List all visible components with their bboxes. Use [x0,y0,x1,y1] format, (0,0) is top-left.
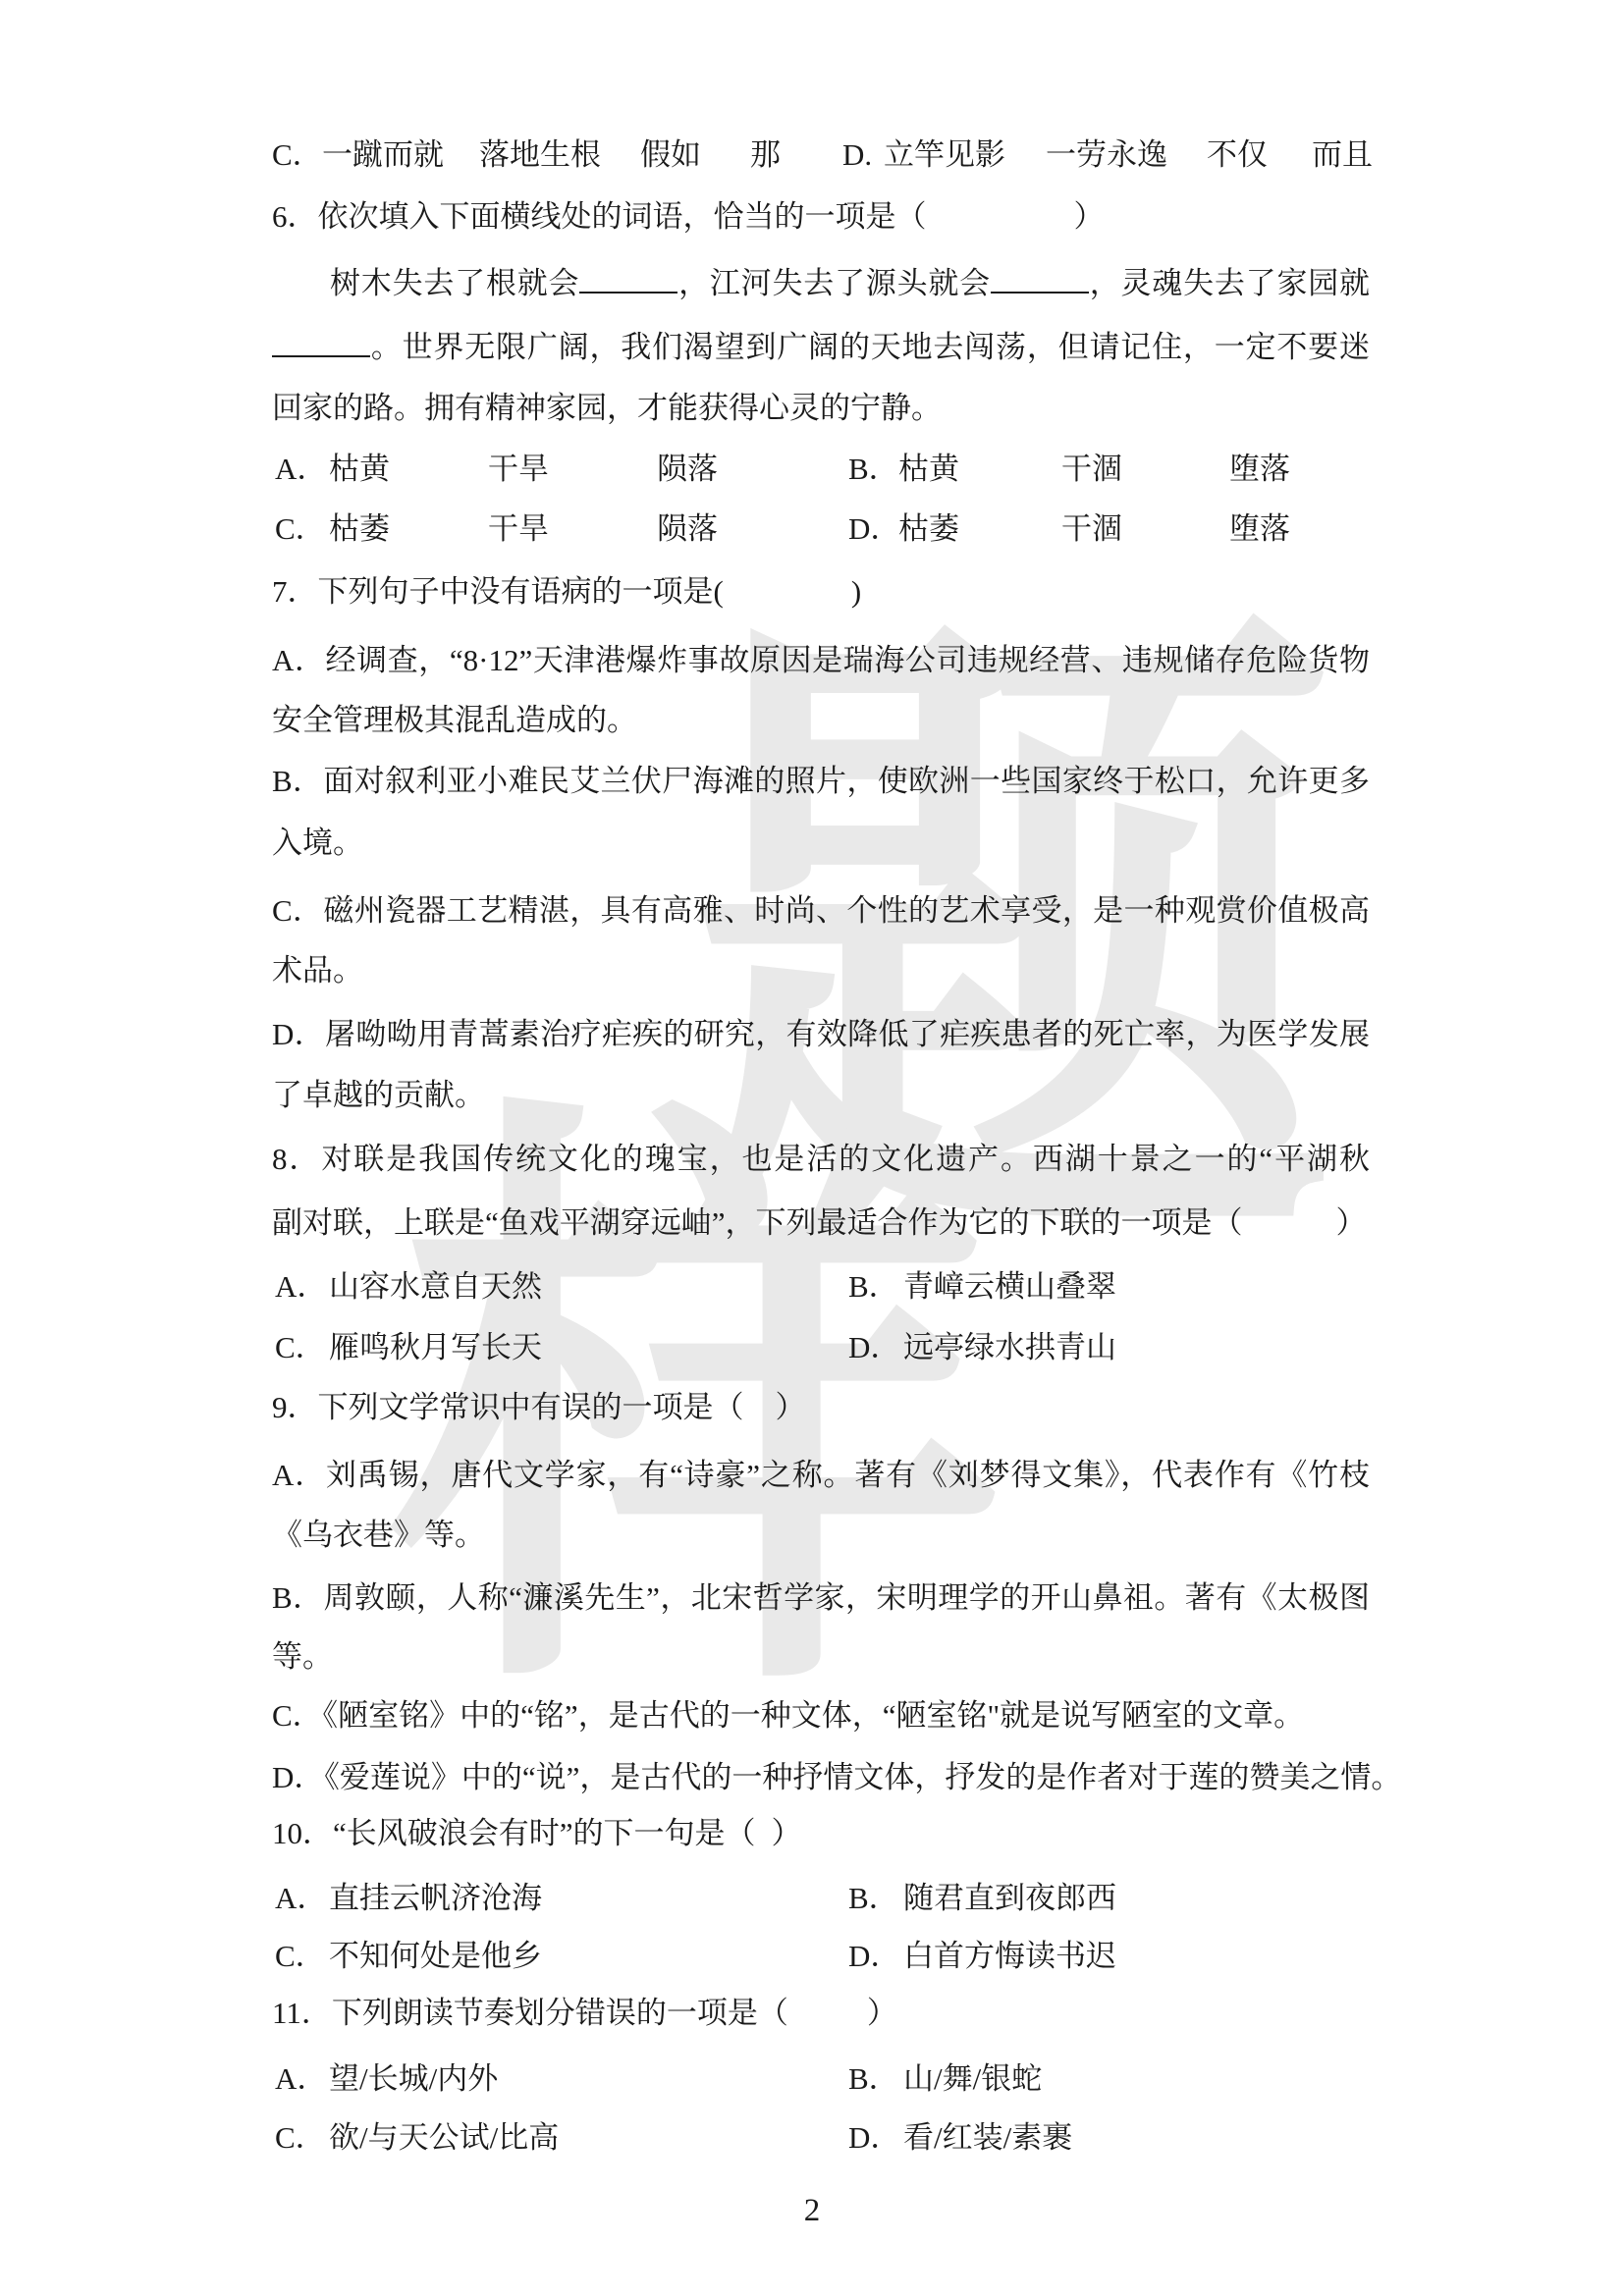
text-line: 《乌衣巷》等。 [272,1515,485,1556]
text-segment: 落地生根 [479,134,601,176]
text-segment: C． [275,1936,326,1977]
text-line: 8．对联是我国传统文化的瑰宝，也是活的文化遗产。西湖十景之一的“平湖秋月”有一 [272,1139,1370,1182]
page-number: 2 [0,2193,1624,2229]
text-segment: 枯黄 [898,449,959,490]
exam-page: 题 样 C．一蹴而就落地生根假如那D.立竿见影一劳永逸不仅而且6．依次填入下面横… [0,0,1624,2296]
text-segment: 那 [750,134,781,176]
text-segment: 干涸 [1061,508,1122,550]
text-segment: C． [275,2117,326,2159]
text-line: D．《爱莲说》中的“说”，是古代的一种抒情文体，抒发的是作者对于莲的赞美之情。 [272,1757,1401,1798]
text-line: C．磁州瓷器工艺精湛，具有高雅、时尚、个性的艺术享受，是一种观赏价值极高的艺 [272,890,1370,934]
paren-gap [724,601,851,602]
text-segment: A． [275,2058,327,2100]
text-segment: 望/长城/内外 [329,2058,498,2100]
text-segment: 立竿见影 [884,134,1005,176]
text-segment: 枯黄 [329,449,390,490]
text-segment: A． [275,449,327,490]
text-run: 入境。 [272,826,363,860]
text-line: B．面对叙利亚小难民艾兰伏尸海滩的照片，使欧洲一些国家终于松口，允许更多难民 [272,761,1370,804]
text-run: 安全管理极其混乱造成的。 [272,703,637,737]
text-line: 。世界无限广阔，我们渴望到广阔的天地去闯荡，但请记住，一定不要迷失了 [272,326,1370,369]
text-segment: 山/舞/银蛇 [903,2058,1042,2100]
text-line: 11．下列朗读节奏划分错误的一项是（） [272,1993,897,2034]
text-run: 9．下列文学常识中有误的一项是（ [272,1390,744,1424]
text-segment: 不仅 [1207,134,1268,176]
text-segment: 雁鸣秋月写长天 [329,1327,542,1368]
text-segment: 枯萎 [329,508,390,550]
text-line: 副对联，上联是“鱼戏平湖穿远岫”，下列最适合作为它的下联的一项是（） [272,1202,1367,1244]
text-run: B．周敦颐，人称“濂溪先生”，北宋哲学家，宋明理学的开山鼻祖。著有《太极图说》 [272,1580,1370,1621]
text-line: A．经调查，“8·12”天津港爆炸事故原因是瑞海公司违规经营、违规储存危险货物以… [272,640,1370,683]
text-run: ） [772,1816,802,1850]
text-segment: D． [848,2117,900,2159]
text-line: 入境。 [272,823,363,864]
text-line: 术品。 [272,950,363,991]
text-line: A．望/长城/内外B．山/舞/银蛇 [0,2058,1624,2100]
text-run: D．屠呦呦用青蒿素治疗疟疾的研究，有效降低了疟疾患者的死亡率，为医学发展做出 [272,1017,1370,1057]
text-run: 10．“长风破浪会有时”的下一句是（ [272,1816,756,1850]
text-segment: 不知何处是他乡 [329,1936,542,1977]
text-segment: 而且 [1312,134,1373,176]
text-run: 11．下列朗读节奏划分错误的一项是（ [272,1996,788,2030]
text-run: 7．下列句子中没有语病的一项是( [272,574,724,609]
text-run: 《乌衣巷》等。 [272,1518,485,1552]
text-segment: B． [848,449,899,490]
blank-underline [272,326,370,357]
text-line: 10．“长风破浪会有时”的下一句是（） [272,1813,802,1854]
text-line: 9．下列文学常识中有误的一项是（） [272,1387,806,1428]
text-run: B．面对叙利亚小难民艾兰伏尸海滩的照片，使欧洲一些国家终于松口，允许更多难民 [272,764,1370,804]
text-segment: D． [848,508,900,550]
text-segment: C． [275,508,326,550]
text-line: A．枯黄干旱陨落B．枯黄干涸堕落 [0,449,1624,490]
text-line: C．不知何处是他乡D．白首方悔读书迟 [0,1936,1624,1977]
text-line: 6．依次填入下面横线处的词语，恰当的一项是（） [272,196,1105,238]
text-run: ） [1074,199,1105,234]
text-line: 7．下列句子中没有语病的一项是() [272,571,861,613]
text-segment: 假如 [640,134,701,176]
text-segment: 枯萎 [898,508,959,550]
text-line: 等。 [272,1636,333,1678]
text-segment: 一蹴而就 [322,134,444,176]
text-line: B．周敦颐，人称“濂溪先生”，北宋哲学家，宋明理学的开山鼻祖。著有《太极图说》 [272,1577,1370,1621]
text-run: D．《爱莲说》中的“说”，是古代的一种抒情文体，抒发的是作者对于莲的赞美之情。 [272,1760,1401,1794]
blank-underline [991,262,1089,294]
text-segment: 堕落 [1229,449,1290,490]
text-run: ） [867,1996,897,2030]
text-line: 回家的路。拥有精神家园，才能获得心灵的宁静。 [272,388,942,429]
text-line: C．雁鸣秋月写长天D．远亭绿水拱青山 [0,1327,1624,1368]
text-segment: 看/红装/素裹 [903,2117,1072,2159]
text-line: D．屠呦呦用青蒿素治疗疟疾的研究，有效降低了疟疾患者的死亡率，为医学发展做出 [272,1014,1370,1057]
text-run: ） [1336,1205,1367,1240]
blank-underline [579,262,677,294]
text-segment: C． [275,1327,326,1368]
text-segment: A． [275,1266,327,1308]
text-segment: 干涸 [1061,449,1122,490]
paren-gap [1243,1232,1336,1233]
text-run: 8．对联是我国传统文化的瑰宝，也是活的文化遗产。西湖十景之一的“平湖秋月”有一 [272,1142,1370,1182]
text-segment: 欲/与天公试/比高 [329,2117,559,2159]
text-run: 6．依次填入下面横线处的词语，恰当的一项是（ [272,199,927,234]
text-segment: 青嶂云横山叠翠 [903,1266,1116,1308]
text-line: C．一蹴而就落地生根假如那D.立竿见影一劳永逸不仅而且 [0,134,1624,176]
text-run: A．刘禹锡，唐代文学家，有“诗豪”之称。著有《刘梦得文集》，代表作有《竹枝词》 [272,1458,1370,1498]
text-run: 。世界无限广阔，我们渴望到广阔的天地去闯荡，但请记住，一定不要迷失了 [272,330,1370,369]
text-segment: B． [848,1878,899,1919]
text-segment: D． [848,1327,900,1368]
text-segment: 陨落 [657,449,718,490]
text-run: 副对联，上联是“鱼戏平湖穿远岫”，下列最适合作为它的下联的一项是（ [272,1205,1243,1240]
text-line: 了卓越的贡献。 [272,1075,485,1116]
text-line: A．山容水意自天然B．青嶂云横山叠翠 [0,1266,1624,1308]
text-segment: A． [275,1878,327,1919]
text-segment: 白首方悔读书迟 [903,1936,1116,1977]
text-segment: 干旱 [488,508,549,550]
text-line: A．刘禹锡，唐代文学家，有“诗豪”之称。著有《刘梦得文集》，代表作有《竹枝词》 [272,1455,1370,1498]
paren-gap [788,2022,867,2023]
text-segment: 远亭绿水拱青山 [903,1327,1116,1368]
text-run: ） [776,1390,806,1424]
text-line: C．《陋室铭》中的“铭”，是古代的一种文体，“陋室铭"就是说写陋室的文章。 [272,1695,1304,1736]
text-segment: 陨落 [657,508,718,550]
text-segment: 一劳永逸 [1046,134,1167,176]
text-run: 术品。 [272,953,363,988]
text-line: C．枯萎干旱陨落D．枯萎干涸堕落 [0,508,1624,550]
text-segment: 堕落 [1229,508,1290,550]
text-line: A．直挂云帆济沧海B．随君直到夜郎西 [0,1878,1624,1919]
paren-gap [744,1416,776,1417]
paren-gap [927,226,1074,227]
text-run: 了卓越的贡献。 [272,1078,485,1112]
text-line: 树木失去了根就会，江河失去了源头就会，灵魂失去了家园就会 [330,262,1370,305]
text-segment: C． [272,134,323,176]
text-run: ) [851,574,861,609]
text-segment: B． [848,2058,899,2100]
text-segment: B． [848,1266,899,1308]
text-segment: 山容水意自天然 [329,1266,542,1308]
text-run: C．《陋室铭》中的“铭”，是古代的一种文体，“陋室铭"就是说写陋室的文章。 [272,1698,1304,1733]
text-run: 树木失去了根就会 [330,266,579,300]
paren-gap [756,1842,772,1843]
exam-text: C．一蹴而就落地生根假如那D.立竿见影一劳永逸不仅而且6．依次填入下面横线处的词… [0,0,1624,2296]
text-segment: 干旱 [488,449,549,490]
text-segment: 直挂云帆济沧海 [329,1878,542,1919]
text-line: C．欲/与天公试/比高D．看/红装/素裹 [0,2117,1624,2159]
text-line: 安全管理极其混乱造成的。 [272,700,637,741]
text-run: 回家的路。拥有精神家园，才能获得心灵的宁静。 [272,391,942,425]
text-run: A．经调查，“8·12”天津港爆炸事故原因是瑞海公司违规经营、违规储存危险货物以… [272,643,1370,683]
text-run: C．磁州瓷器工艺精湛，具有高雅、时尚、个性的艺术享受，是一种观赏价值极高的艺 [272,893,1370,934]
text-segment: D． [848,1936,900,1977]
text-segment: D. [842,134,872,176]
text-run: ，江河失去了源头就会 [677,266,991,300]
text-segment: 随君直到夜郎西 [903,1878,1116,1919]
text-run: 等。 [272,1639,333,1674]
